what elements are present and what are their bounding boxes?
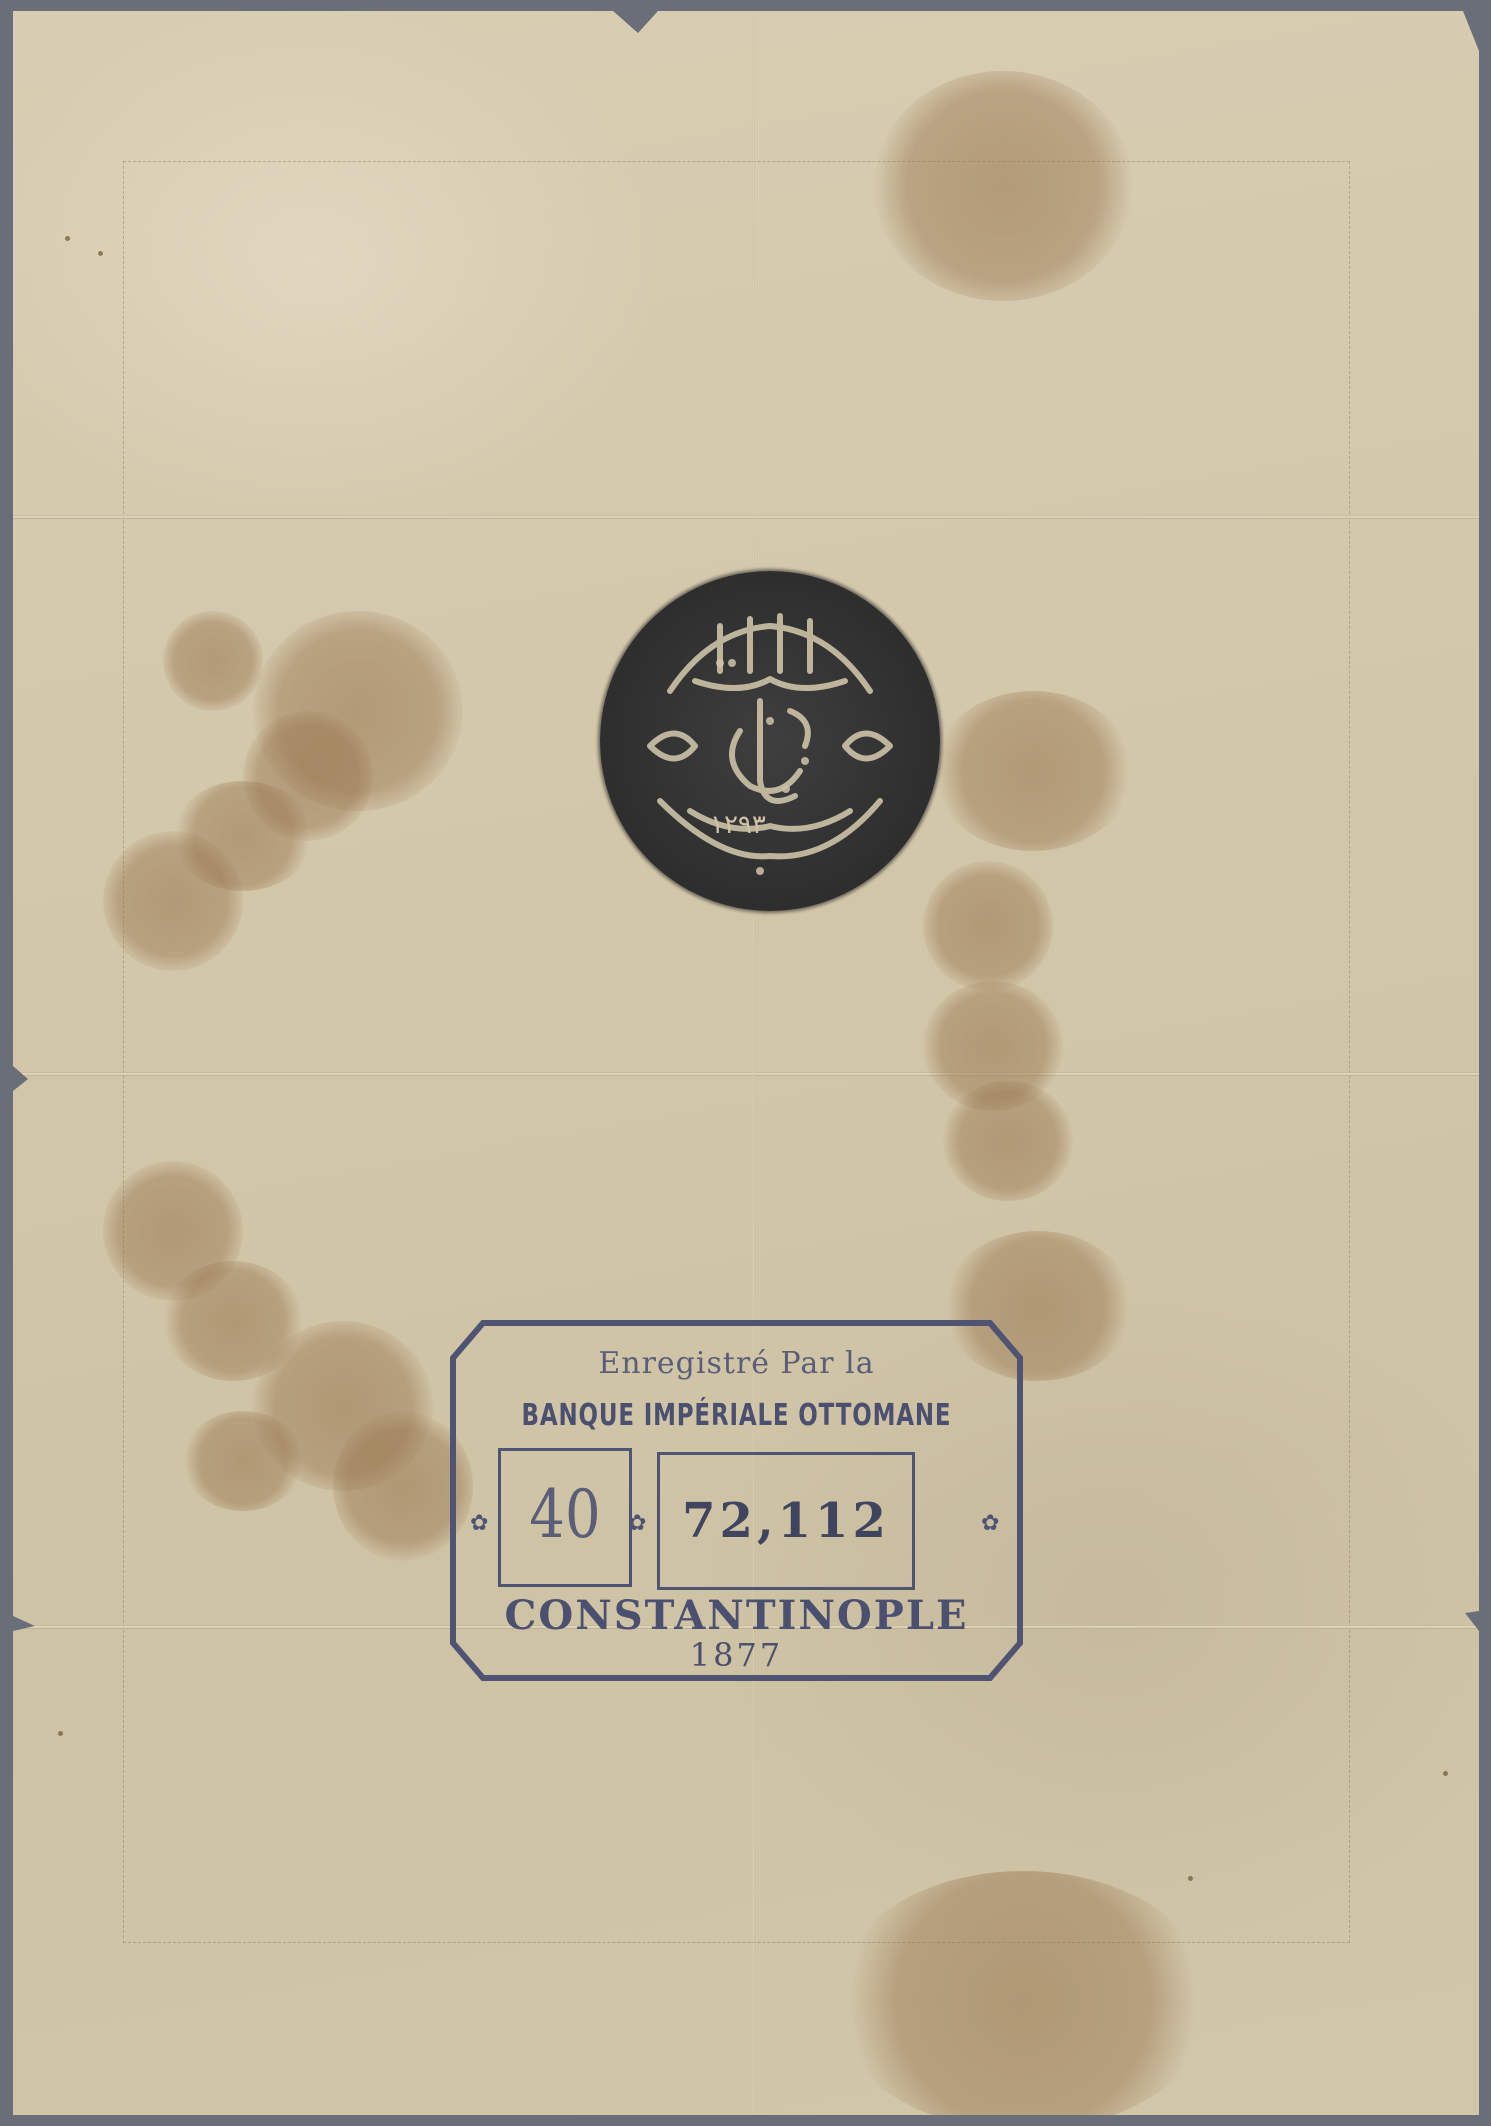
serial-box: 72,112 [657,1452,915,1590]
stain [923,861,1053,991]
rosette-icon: ✿ [981,1510,999,1536]
stain [163,611,263,711]
speck [1443,1771,1448,1776]
stamp-city: CONSTANTINOPLE [448,1592,1025,1639]
stain [833,1871,1213,2126]
speck [58,1731,63,1736]
stain [103,831,243,971]
speck [65,236,70,241]
fold-line [13,515,1479,519]
tughra-seal: ١٢٩٣ [600,571,940,911]
fold-line [752,11,755,2115]
banknote-paper [13,11,1479,2115]
speck [1188,1876,1193,1881]
serial-number: 72,112 [660,1493,912,1549]
stain [873,71,1133,301]
rosette-icon: ✿ [628,1510,646,1536]
fold-line [13,1072,1479,1076]
stain [183,1411,303,1511]
stain [933,691,1133,851]
calligraphy-icon: ١٢٩٣ [600,571,940,911]
registration-stamp: Enregistré Par la BANQUE IMPÉRIALE OTTOM… [448,1318,1025,1683]
stamp-year: 1877 [448,1636,1025,1674]
denomination: 40 [511,1476,620,1553]
speck [98,251,103,256]
rosette-icon: ✿ [470,1510,488,1536]
stain [943,1081,1073,1201]
stamp-bank-name: BANQUE IMPÉRIALE OTTOMANE [491,1398,981,1433]
stamp-registered-by: Enregistré Par la [448,1346,1025,1381]
denomination-box: 40 [498,1448,632,1587]
svg-text:١٢٩٣: ١٢٩٣ [710,810,766,840]
